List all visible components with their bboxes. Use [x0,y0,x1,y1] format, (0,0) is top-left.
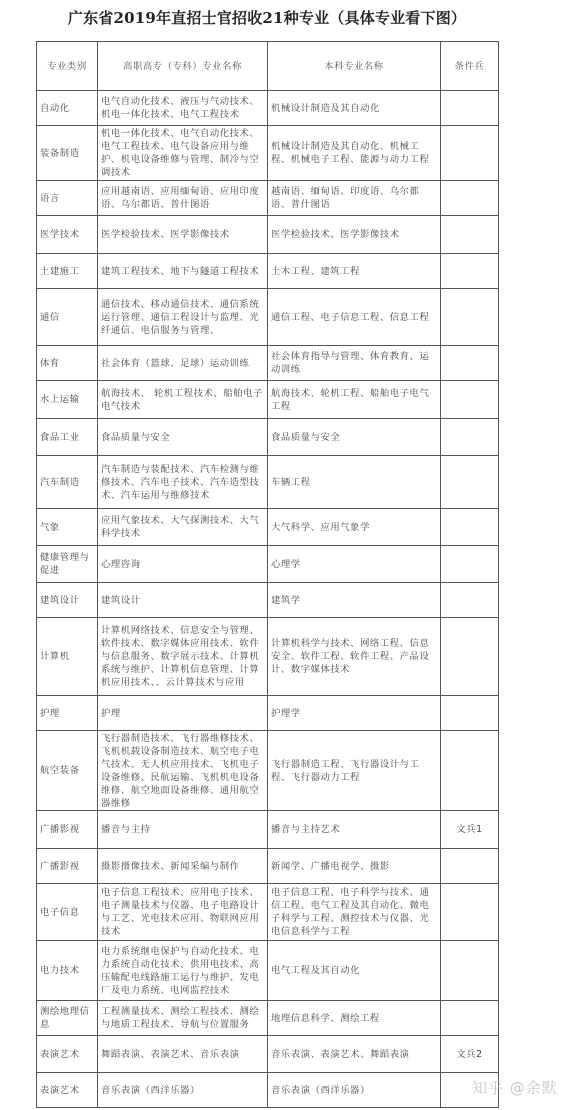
cell-undergrad: 飞行器制造工程、飞行器设计与工程、飞行器动力工程 [268,731,441,811]
document-title: 广东省2019年直招士官招收21种专业（具体专业看下图） [37,4,497,41]
cell-category: 土建施工 [37,254,98,289]
table-row: 食品工业食品质量与安全食品质量与安全 [37,419,499,456]
cell-condition [441,509,499,546]
cell-undergrad: 航海技术、轮机工程、船舶电子电气工程 [268,381,441,419]
cell-condition: 文兵2 [441,1036,499,1073]
table-header-row: 专业类别 高职高专（专科）专业名称 本科专业名称 条件兵 [37,42,499,91]
cell-undergrad: 医学检验技术、医学影像技术 [268,216,441,254]
cell-vocational: 工程测量技术、测绘工程技术、测绘与地质工程技术、导航与位置服务 [98,1001,268,1036]
cell-vocational: 心理咨询 [98,546,268,583]
cell-condition [441,289,499,346]
cell-category: 体育 [37,346,98,381]
cell-vocational: 电气自动化技术、液压与气动技术、机电一体化技术、电气工程技术 [98,91,268,126]
cell-vocational: 航海技术、 轮机工程技术、船舶电子电气技术 [98,381,268,419]
table-row: 电力技术电力系统继电保护与自动化技术、电力系统自动化技术、供用电技术、高压输配电… [37,941,499,1001]
cell-vocational: 音乐表演（西洋乐器） [98,1073,268,1108]
cell-category: 食品工业 [37,419,98,456]
table-row: 表演艺术音乐表演（西洋乐器）音乐表演（西洋乐器） [37,1073,499,1108]
cell-condition [441,126,499,181]
table-row: 广播影视播音与主持播音与主持艺术文兵1 [37,811,499,849]
cell-vocational: 食品质量与安全 [98,419,268,456]
cell-vocational: 通信技术、移动通信技术、通信系统运行管理、通信工程设计与监理、光纤通信、电信服务… [98,289,268,346]
cell-vocational: 舞蹈表演、表演艺术、音乐表演 [98,1036,268,1073]
header-condition: 条件兵 [441,42,499,91]
cell-category: 表演艺术 [37,1036,98,1073]
cell-category: 医学技术 [37,216,98,254]
cell-condition [441,884,499,941]
cell-vocational: 摄影摄像技术、新闻采编与制作 [98,849,268,884]
cell-category: 电力技术 [37,941,98,1001]
table-row: 语言应用越南语、应用缅甸语、应用印度语、乌尔都语、普什图语越南语、缅甸语、印度语… [37,181,499,216]
cell-category: 测绘地理信息 [37,1001,98,1036]
table-row: 测绘地理信息工程测量技术、测绘工程技术、测绘与地质工程技术、导航与位置服务地理信… [37,1001,499,1036]
table-row: 体育社会体育（篮球、足球）运动训练社会体育指导与管理、体育教育、运动训练 [37,346,499,381]
cell-undergrad: 音乐表演（西洋乐器） [268,1073,441,1108]
cell-undergrad: 地理信息科学、测绘工程 [268,1001,441,1036]
cell-category: 计算机 [37,618,98,696]
cell-vocational: 播音与主持 [98,811,268,849]
cell-undergrad: 机械设计制造及其自动化 [268,91,441,126]
header-category: 专业类别 [37,42,98,91]
cell-vocational: 建筑设计 [98,583,268,618]
cell-condition: 文兵1 [441,811,499,849]
cell-undergrad: 电气工程及其自动化 [268,941,441,1001]
table-row: 汽车制造汽车制造与装配技术、汽车检测与维修技术、汽车电子技术、汽车造型技术、汽车… [37,456,499,509]
table-row: 电子信息电子信息工程技术、应用电子技术、电子测量技术与仪器、电子电路设计与工艺、… [37,884,499,941]
table-row: 表演艺术舞蹈表演、表演艺术、音乐表演音乐表演、表演艺术、舞蹈表演文兵2 [37,1036,499,1073]
table-row: 装备制造机电一体化技术、电气自动化技术、电气工程技术、电气设备应用与维护、机电设… [37,126,499,181]
table-row: 建筑设计建筑设计建筑学 [37,583,499,618]
cell-condition [441,346,499,381]
header-undergrad: 本科专业名称 [268,42,441,91]
cell-vocational: 电力系统继电保护与自动化技术、电力系统自动化技术、供用电技术、高压输配电线路施工… [98,941,268,1001]
cell-undergrad: 社会体育指导与管理、体育教育、运动训练 [268,346,441,381]
watermark: 知乎 @余默 [472,1077,558,1098]
cell-undergrad: 电子信息工程、电子科学与技术、通信工程、电气工程及其自动化、微电子科学与工程、测… [268,884,441,941]
table-row: 计算机计算机网络技术、信息安全与管理、软件技术、数字媒体应用技术、软件与信息服务… [37,618,499,696]
cell-undergrad: 大气科学、应用气象学 [268,509,441,546]
cell-category: 护理 [37,696,98,731]
cell-category: 水上运输 [37,381,98,419]
cell-vocational: 机电一体化技术、电气自动化技术、电气工程技术、电气设备应用与维护、机电设备维修与… [98,126,268,181]
cell-undergrad: 播音与主持艺术 [268,811,441,849]
cell-category: 气象 [37,509,98,546]
cell-category: 航空装备 [37,731,98,811]
cell-vocational: 应用气象技术、大气探测技术、大气科学技术 [98,509,268,546]
cell-vocational: 计算机网络技术、信息安全与管理、软件技术、数字媒体应用技术、软件与信息服务、数字… [98,618,268,696]
cell-undergrad: 音乐表演、表演艺术、舞蹈表演 [268,1036,441,1073]
cell-undergrad: 计算机科学与技术、网络工程、信息安全、软件工程、软件工程、产品设计、数字媒体技术 [268,618,441,696]
table-row: 通信通信技术、移动通信技术、通信系统运行管理、通信工程设计与监理、光纤通信、电信… [37,289,499,346]
cell-condition [441,419,499,456]
cell-vocational: 社会体育（篮球、足球）运动训练 [98,346,268,381]
cell-category: 自动化 [37,91,98,126]
cell-vocational: 汽车制造与装配技术、汽车检测与维修技术、汽车电子技术、汽车造型技术、汽车运用与维… [98,456,268,509]
cell-category: 汽车制造 [37,456,98,509]
cell-condition [441,849,499,884]
cell-condition [441,181,499,216]
table-row: 健康管理与促进心理咨询心理学 [37,546,499,583]
cell-condition [441,696,499,731]
table-row: 广播影视摄影摄像技术、新闻采编与制作新闻学、广播电视学、摄影 [37,849,499,884]
cell-category: 健康管理与促进 [37,546,98,583]
table-row: 自动化电气自动化技术、液压与气动技术、机电一体化技术、电气工程技术机械设计制造及… [37,91,499,126]
table-row: 医学技术医学检验技术、医学影像技术医学检验技术、医学影像技术 [37,216,499,254]
table-row: 水上运输航海技术、 轮机工程技术、船舶电子电气技术航海技术、轮机工程、船舶电子电… [37,381,499,419]
cell-undergrad: 车辆工程 [268,456,441,509]
cell-category: 表演艺术 [37,1073,98,1108]
cell-undergrad: 新闻学、广播电视学、摄影 [268,849,441,884]
cell-condition [441,1001,499,1036]
table-row: 气象应用气象技术、大气探测技术、大气科学技术大气科学、应用气象学 [37,509,499,546]
majors-table: 专业类别 高职高专（专科）专业名称 本科专业名称 条件兵 自动化电气自动化技术、… [36,41,499,1108]
cell-category: 广播影视 [37,811,98,849]
cell-category: 建筑设计 [37,583,98,618]
cell-undergrad: 心理学 [268,546,441,583]
cell-condition [441,381,499,419]
cell-condition [441,91,499,126]
cell-undergrad: 通信工程、电子信息工程、信息工程 [268,289,441,346]
cell-undergrad: 机械设计制造及其自动化、机械工程、机械电子工程、能源与动力工程 [268,126,441,181]
cell-category: 通信 [37,289,98,346]
cell-undergrad: 建筑学 [268,583,441,618]
cell-condition [441,456,499,509]
cell-vocational: 电子信息工程技术、应用电子技术、电子测量技术与仪器、电子电路设计与工艺、光电技术… [98,884,268,941]
cell-undergrad: 食品质量与安全 [268,419,441,456]
cell-condition [441,618,499,696]
cell-vocational: 护理 [98,696,268,731]
table-row: 航空装备飞行器制造技术、飞行器维修技术、飞机机载设备制造技术、航空电子电气技术、… [37,731,499,811]
cell-vocational: 飞行器制造技术、飞行器维修技术、飞机机载设备制造技术、航空电子电气技术、无人机应… [98,731,268,811]
cell-vocational: 建筑工程技术、地下与隧道工程技术 [98,254,268,289]
cell-condition [441,216,499,254]
cell-condition [441,546,499,583]
cell-undergrad: 护理学 [268,696,441,731]
header-vocational: 高职高专（专科）专业名称 [98,42,268,91]
cell-vocational: 应用越南语、应用缅甸语、应用印度语、乌尔都语、普什图语 [98,181,268,216]
cell-category: 装备制造 [37,126,98,181]
cell-condition [441,583,499,618]
cell-undergrad: 土木工程、建筑工程 [268,254,441,289]
cell-condition [441,941,499,1001]
cell-category: 广播影视 [37,849,98,884]
cell-condition [441,731,499,811]
cell-category: 电子信息 [37,884,98,941]
cell-undergrad: 越南语、缅甸语、印度语、乌尔都语、普什图语 [268,181,441,216]
table-row: 土建施工建筑工程技术、地下与隧道工程技术土木工程、建筑工程 [37,254,499,289]
cell-vocational: 医学检验技术、医学影像技术 [98,216,268,254]
cell-category: 语言 [37,181,98,216]
cell-condition [441,254,499,289]
table-row: 护理护理护理学 [37,696,499,731]
